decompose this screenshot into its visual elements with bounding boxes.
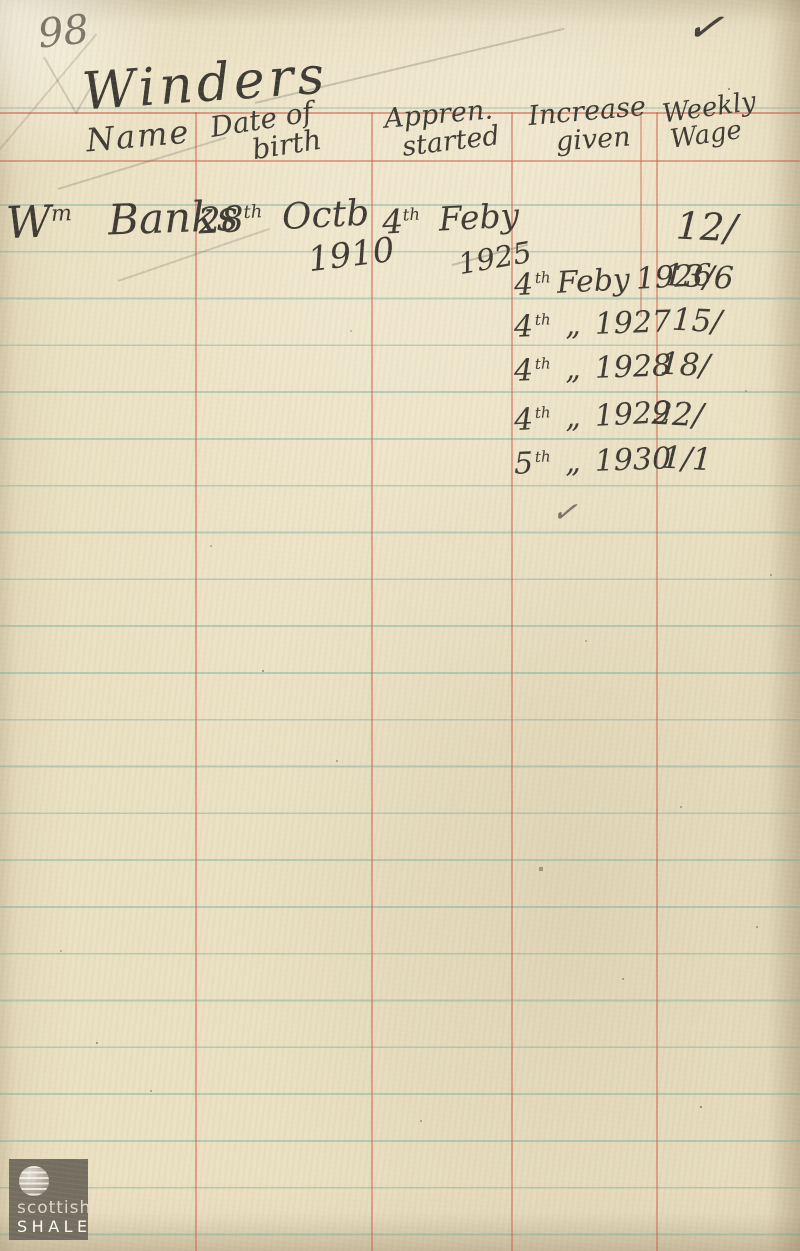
increase-row: 4th„1929 [513,398,672,436]
increase-wage: 18/ [659,349,710,383]
started-day: 4 [381,202,404,242]
increase-wage: 13/6 [663,260,734,295]
entry-started-date: 4th Feby [381,198,520,238]
increase-row: 4th„1928 [514,351,672,386]
paper-specks [0,0,2,2]
page-number-flourish-1 [43,56,77,114]
increase-wage: 1/1 [661,443,712,477]
tick-mark-icon: ✓ [683,4,726,53]
increase-row: 5th„1930 [514,444,672,479]
column-rule-appren [511,112,513,1251]
column-header-dob-line2: birth [250,126,323,165]
column-header-wage-line2: Wage [669,117,744,153]
started-day-sup: th [402,205,420,225]
increase-row: 4th„1927 [514,307,672,342]
entry-first-initial: W [5,196,52,249]
globe-icon [19,1166,49,1196]
birth-day: 28 [197,199,245,242]
starting-wage: 12/ [675,206,738,247]
birth-day-sup: th [243,201,263,223]
started-month: Feby [438,195,520,238]
increase-wage: 15/ [671,305,722,339]
increase-wage: 22/ [651,397,704,432]
ledger-page: 98 ✓ Winders Name Date of birth Appren. … [0,0,800,1251]
small-tick-mark-icon: ✓ [551,497,579,529]
column-header-increase-line2: given [555,123,631,155]
watermark-text-line1: scottish [17,1200,91,1217]
page-number: 98 [36,9,91,54]
column-rule-name [195,112,197,1251]
header-bottom-red-rule [0,160,800,162]
watermark-text-line2: SHALE [17,1219,92,1235]
entry-birth-date: 28th Octb [197,196,370,241]
column-header-name: Name [85,116,192,157]
scottish-shale-watermark: scottish SHALE [9,1159,88,1240]
birth-month: Octb [281,193,370,239]
column-rule-birth [371,112,373,1251]
entry-first-initial-sup: m [51,201,73,227]
